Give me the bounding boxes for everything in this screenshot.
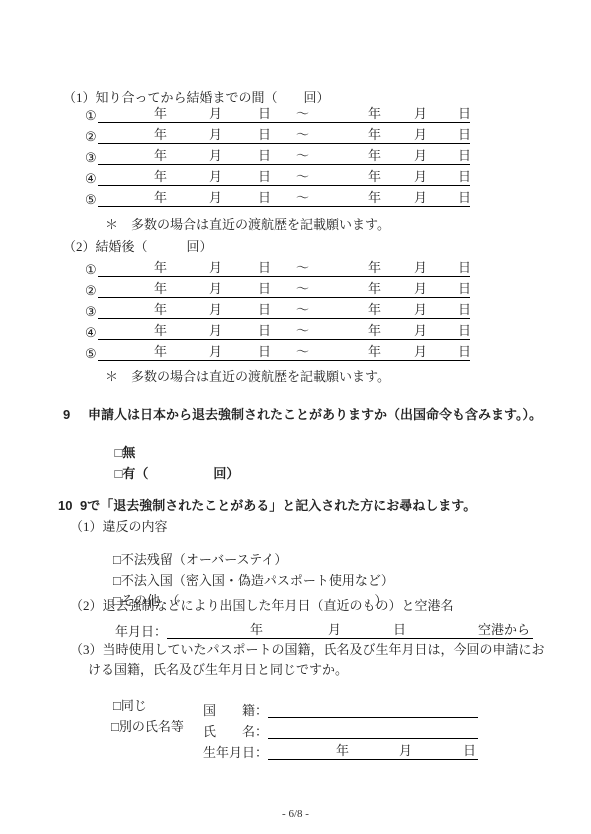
year-label: 年 bbox=[250, 623, 263, 636]
from-day-label: 日 bbox=[258, 191, 271, 204]
nationality-label: 国 籍： bbox=[203, 703, 268, 718]
q8-part2-date-rows: ① 年 月 日 ～ 年 月 日 ② 年 月 日 ～ 年 月 日 ③ 年 月 日 … bbox=[85, 256, 470, 361]
tilde-separator: ～ bbox=[296, 170, 309, 183]
travel-period-row: ④ 年 月 日 ～ 年 月 日 bbox=[85, 165, 470, 186]
tilde-separator: ～ bbox=[296, 261, 309, 274]
tilde-separator: ～ bbox=[296, 128, 309, 141]
q9-number: 9 bbox=[63, 407, 88, 422]
row-number: ① bbox=[85, 263, 98, 277]
travel-period-row: ③ 年 月 日 ～ 年 月 日 bbox=[85, 144, 470, 165]
questionnaire-page: （1）知り合ってから結婚までの間（ 回） ① 年 月 日 ～ 年 月 日 ② 年… bbox=[0, 0, 591, 834]
month-label: 月 bbox=[399, 744, 412, 757]
date-range-fill-line: 年 月 日 ～ 年 月 日 bbox=[98, 256, 470, 277]
to-month-label: 月 bbox=[414, 324, 427, 337]
to-month-label: 月 bbox=[414, 191, 427, 204]
date-range-fill-line: 年 月 日 ～ 年 月 日 bbox=[98, 165, 470, 186]
travel-period-row: ③ 年 月 日 ～ 年 月 日 bbox=[85, 298, 470, 319]
tilde-separator: ～ bbox=[296, 107, 309, 120]
q8-part2-heading: （2）結婚後（ 回） bbox=[63, 239, 213, 254]
from-year-label: 年 bbox=[154, 128, 167, 141]
row-number: ③ bbox=[85, 151, 98, 165]
row-number: ③ bbox=[85, 305, 98, 319]
row-number: ④ bbox=[85, 172, 98, 186]
to-year-label: 年 bbox=[368, 282, 381, 295]
airport-suffix-label: 空港から bbox=[478, 623, 530, 636]
q10-heading: 10 9で「退去強制されたことがある」と記入された方にお尋ねします。 bbox=[58, 498, 476, 513]
date-range-fill-line: 年 月 日 ～ 年 月 日 bbox=[98, 123, 470, 144]
q8-part1-note: ＊ 多数の場合は直近の渡航歴を記載願います。 bbox=[105, 217, 390, 232]
date-range-fill-line: 年 月 日 ～ 年 月 日 bbox=[98, 277, 470, 298]
from-day-label: 日 bbox=[258, 324, 271, 337]
q10-1-heading: （1）違反の内容 bbox=[70, 519, 168, 534]
from-day-label: 日 bbox=[258, 149, 271, 162]
q10-3-heading-line1: （3）当時使用していたパスポートの国籍，氏名及び生年月日は，今回の申請にお bbox=[70, 642, 545, 657]
to-year-label: 年 bbox=[368, 107, 381, 120]
to-month-label: 月 bbox=[414, 261, 427, 274]
from-day-label: 日 bbox=[258, 107, 271, 120]
from-month-label: 月 bbox=[209, 191, 222, 204]
travel-period-row: ⑤ 年 月 日 ～ 年 月 日 bbox=[85, 186, 470, 207]
q9-heading-text: 申請人は日本から退去強制されたことがありますか（出国命令も含みます。）。 bbox=[88, 407, 542, 422]
from-day-label: 日 bbox=[258, 128, 271, 141]
from-day-label: 日 bbox=[258, 345, 271, 358]
to-year-label: 年 bbox=[368, 170, 381, 183]
day-label: 日 bbox=[393, 623, 406, 636]
name-label: 氏 名： bbox=[203, 724, 268, 739]
date-range-fill-line: 年 月 日 ～ 年 月 日 bbox=[98, 340, 470, 361]
tilde-separator: ～ bbox=[296, 149, 309, 162]
q9-heading: 9 申請人は日本から退去強制されたことがありますか（出国命令も含みます。）。 bbox=[63, 407, 542, 422]
birthdate-field-row: 生年月日： 年 月 日 bbox=[203, 743, 478, 760]
from-day-label: 日 bbox=[258, 303, 271, 316]
q9-option-yes: □有（ 回） bbox=[100, 451, 239, 496]
q10-2-heading: （2）退去強制などにより出国した年月日（直近のもの）と空港名 bbox=[70, 598, 454, 613]
departure-date-fill-line: 年 月 日 空港から bbox=[167, 622, 533, 639]
tilde-separator: ～ bbox=[296, 303, 309, 316]
q8-part2-note: ＊ 多数の場合は直近の渡航歴を記載願います。 bbox=[105, 369, 390, 384]
date-range-fill-line: 年 月 日 ～ 年 月 日 bbox=[98, 144, 470, 165]
from-month-label: 月 bbox=[209, 345, 222, 358]
to-year-label: 年 bbox=[368, 128, 381, 141]
to-year-label: 年 bbox=[368, 261, 381, 274]
from-month-label: 月 bbox=[209, 324, 222, 337]
q10-number: 10 bbox=[58, 498, 80, 513]
date-range-fill-line: 年 月 日 ～ 年 月 日 bbox=[98, 186, 470, 207]
to-day-label: 日 bbox=[458, 261, 471, 274]
from-month-label: 月 bbox=[209, 107, 222, 120]
to-month-label: 月 bbox=[414, 345, 427, 358]
row-number: ⑤ bbox=[85, 193, 98, 207]
travel-period-row: ① 年 月 日 ～ 年 月 日 bbox=[85, 256, 470, 277]
year-label: 年 bbox=[336, 744, 349, 757]
from-month-label: 月 bbox=[209, 303, 222, 316]
to-day-label: 日 bbox=[458, 107, 471, 120]
to-day-label: 日 bbox=[458, 324, 471, 337]
to-month-label: 月 bbox=[414, 282, 427, 295]
q10-heading-text: 9で「退去強制されたことがある」と記入された方にお尋ねします。 bbox=[80, 498, 476, 513]
to-year-label: 年 bbox=[368, 191, 381, 204]
birthdate-label: 生年月日： bbox=[203, 745, 268, 760]
to-year-label: 年 bbox=[368, 324, 381, 337]
from-day-label: 日 bbox=[258, 170, 271, 183]
travel-period-row: ⑤ 年 月 日 ～ 年 月 日 bbox=[85, 340, 470, 361]
date-range-fill-line: 年 月 日 ～ 年 月 日 bbox=[98, 319, 470, 340]
checkbox-icon: □ bbox=[111, 719, 119, 734]
q10-3-heading-line2: ける国籍，氏名及び生年月日と同じですか。 bbox=[88, 662, 348, 677]
page-number: - 6/8 - bbox=[0, 808, 591, 820]
row-number: ⑤ bbox=[85, 347, 98, 361]
from-year-label: 年 bbox=[154, 170, 167, 183]
day-label: 日 bbox=[463, 744, 476, 757]
nationality-field-row: 国 籍： bbox=[203, 701, 478, 718]
row-number: ④ bbox=[85, 326, 98, 340]
name-field-row: 氏 名： bbox=[203, 722, 478, 739]
from-year-label: 年 bbox=[154, 282, 167, 295]
travel-period-row: ② 年 月 日 ～ 年 月 日 bbox=[85, 123, 470, 144]
date-label: 年月日： bbox=[115, 624, 167, 639]
from-year-label: 年 bbox=[154, 191, 167, 204]
to-month-label: 月 bbox=[414, 149, 427, 162]
q8-part1-date-rows: ① 年 月 日 ～ 年 月 日 ② 年 月 日 ～ 年 月 日 ③ 年 月 日 … bbox=[85, 102, 470, 207]
travel-period-row: ② 年 月 日 ～ 年 月 日 bbox=[85, 277, 470, 298]
date-range-fill-line: 年 月 日 ～ 年 月 日 bbox=[98, 298, 470, 319]
row-number: ② bbox=[85, 130, 98, 144]
tilde-separator: ～ bbox=[296, 282, 309, 295]
from-year-label: 年 bbox=[154, 303, 167, 316]
date-range-fill-line: 年 月 日 ～ 年 月 日 bbox=[98, 102, 470, 123]
from-day-label: 日 bbox=[258, 261, 271, 274]
to-day-label: 日 bbox=[458, 282, 471, 295]
travel-period-row: ④ 年 月 日 ～ 年 月 日 bbox=[85, 319, 470, 340]
from-year-label: 年 bbox=[154, 261, 167, 274]
to-day-label: 日 bbox=[458, 303, 471, 316]
travel-period-row: ① 年 月 日 ～ 年 月 日 bbox=[85, 102, 470, 123]
from-year-label: 年 bbox=[154, 345, 167, 358]
q9-option-yes-label: 有（ 回） bbox=[122, 466, 239, 481]
to-day-label: 日 bbox=[458, 128, 471, 141]
from-year-label: 年 bbox=[154, 149, 167, 162]
from-month-label: 月 bbox=[209, 282, 222, 295]
from-month-label: 月 bbox=[209, 149, 222, 162]
from-year-label: 年 bbox=[154, 324, 167, 337]
tilde-separator: ～ bbox=[296, 324, 309, 337]
q10-3-option-different-label: 別の氏名等 bbox=[119, 719, 184, 734]
from-month-label: 月 bbox=[209, 128, 222, 141]
q10-3-option-different: □別の氏名等 bbox=[98, 704, 184, 749]
q10-2-departure-date-row: 年月日： 年 月 日 空港から bbox=[115, 622, 533, 639]
to-year-label: 年 bbox=[368, 303, 381, 316]
from-month-label: 月 bbox=[209, 261, 222, 274]
from-day-label: 日 bbox=[258, 282, 271, 295]
to-month-label: 月 bbox=[414, 107, 427, 120]
tilde-separator: ～ bbox=[296, 345, 309, 358]
from-month-label: 月 bbox=[209, 170, 222, 183]
tilde-separator: ～ bbox=[296, 191, 309, 204]
to-month-label: 月 bbox=[414, 128, 427, 141]
to-month-label: 月 bbox=[414, 303, 427, 316]
row-number: ② bbox=[85, 284, 98, 298]
name-fill-line bbox=[268, 722, 478, 739]
row-number: ① bbox=[85, 109, 98, 123]
month-label: 月 bbox=[328, 623, 341, 636]
from-year-label: 年 bbox=[154, 107, 167, 120]
to-year-label: 年 bbox=[368, 345, 381, 358]
to-month-label: 月 bbox=[414, 170, 427, 183]
to-year-label: 年 bbox=[368, 149, 381, 162]
to-day-label: 日 bbox=[458, 149, 471, 162]
birthdate-fill-line: 年 月 日 bbox=[268, 743, 478, 760]
nationality-fill-line bbox=[268, 701, 478, 718]
to-day-label: 日 bbox=[458, 170, 471, 183]
to-day-label: 日 bbox=[458, 345, 471, 358]
to-day-label: 日 bbox=[458, 191, 471, 204]
